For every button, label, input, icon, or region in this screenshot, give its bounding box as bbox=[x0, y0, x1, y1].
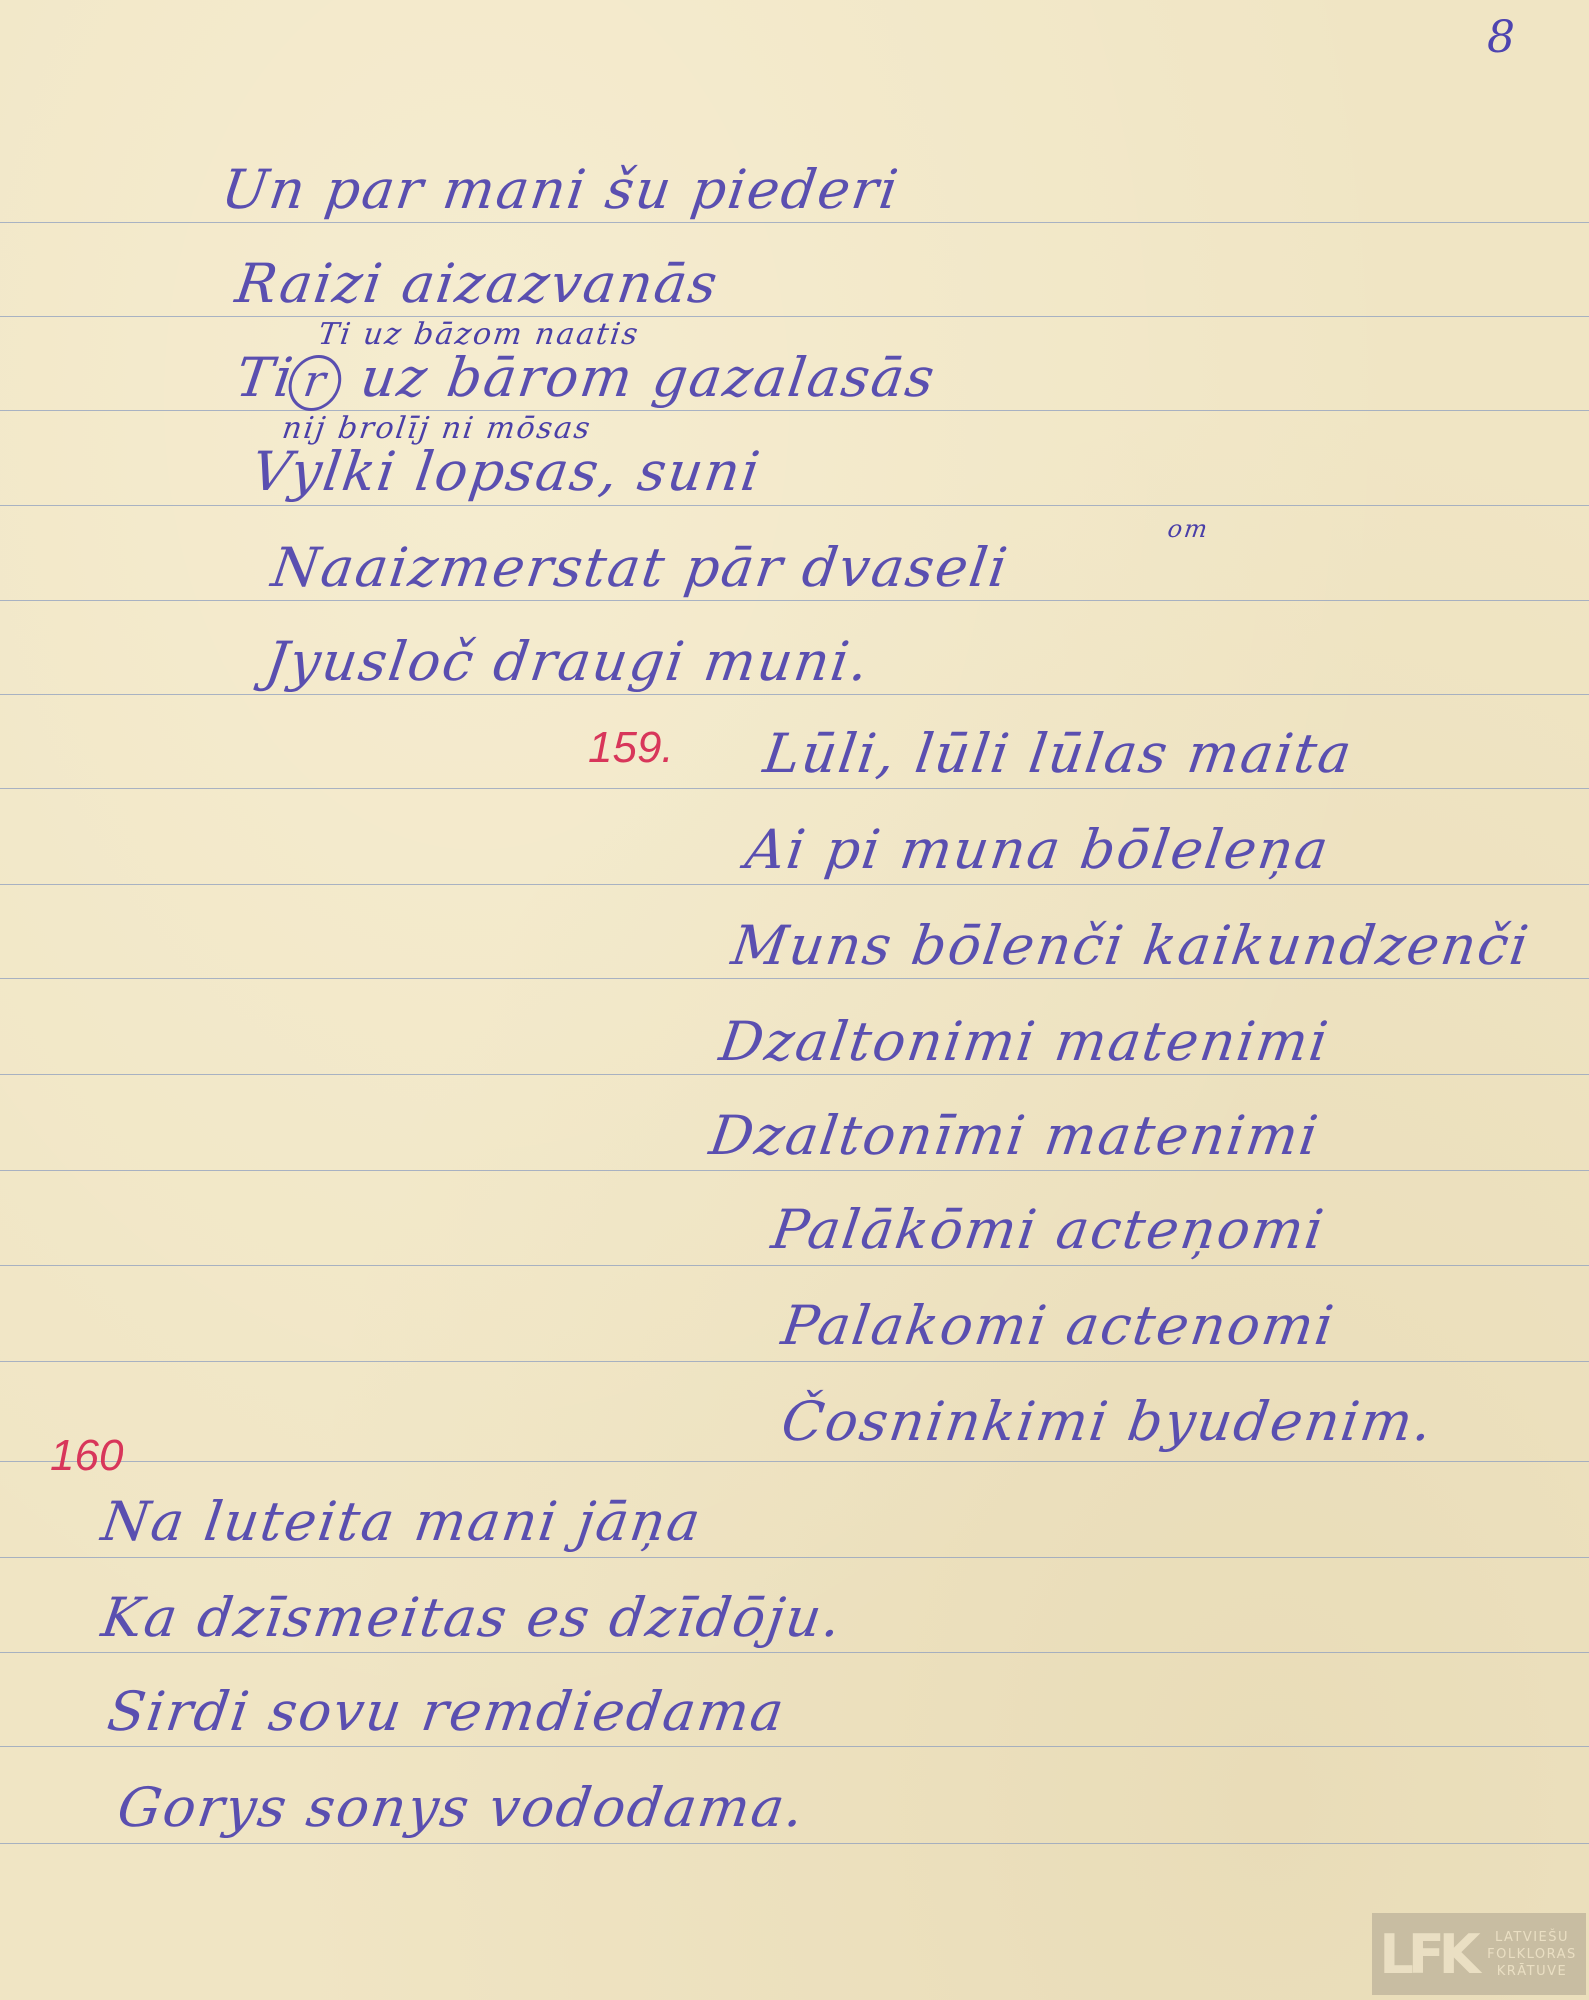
superscript-annotation: om bbox=[1166, 516, 1211, 542]
song-159-line: Lūli, lūli lūlas maita bbox=[760, 724, 1357, 784]
song-159-line: Muns bōlenči kaikundzenči bbox=[728, 916, 1534, 976]
song-160-line: Sirdi sovu remdiedama bbox=[104, 1682, 789, 1742]
song-159-line: Ai pi muna bōleleņa bbox=[742, 820, 1333, 880]
song-160-line: Na luteita mani jāņa bbox=[98, 1492, 706, 1552]
logo-text: LATVIEŠU FOLKLORAS KRĀTUVE bbox=[1482, 1929, 1582, 1980]
page-number: 8 bbox=[1487, 14, 1515, 62]
ruled-line bbox=[0, 600, 1589, 601]
ruled-line bbox=[0, 222, 1589, 223]
ruled-line bbox=[0, 978, 1589, 979]
song-160-line: Gorys sonys vododama. bbox=[114, 1778, 809, 1838]
stanza-line: Raizi aizazvanās bbox=[232, 254, 723, 314]
ruled-line bbox=[0, 1461, 1589, 1462]
song-159-line: Čosninkimi byudenim. bbox=[778, 1392, 1437, 1452]
stanza-line: Un par mani šu piederi bbox=[218, 160, 903, 220]
stanza-line: Naaizmerstat pār dvaseli bbox=[268, 538, 1012, 598]
song-160-line: Ka dzīsmeitas es dzīdōju. bbox=[98, 1588, 846, 1648]
ruled-line bbox=[0, 505, 1589, 506]
ruled-line bbox=[0, 1074, 1589, 1075]
logo-text-line: FOLKLORAS bbox=[1482, 1946, 1582, 1963]
ruled-line bbox=[0, 1652, 1589, 1653]
song-159-line: Palakomi actenomi bbox=[778, 1296, 1339, 1356]
ruled-line bbox=[0, 1265, 1589, 1266]
ruled-line bbox=[0, 788, 1589, 789]
song-159-line: Palākōmi acteņomi bbox=[768, 1200, 1329, 1260]
ruled-line bbox=[0, 694, 1589, 695]
stanza-line: Vylki lopsas, suni bbox=[248, 442, 765, 502]
stanza-line: Jyusloč draugi muni. bbox=[262, 632, 874, 692]
line-prefix: Ti bbox=[232, 346, 298, 409]
logo-text-line: KRĀTUVE bbox=[1482, 1963, 1582, 1980]
logo-text-line: LATVIEŠU bbox=[1482, 1929, 1582, 1946]
song-159-line: Dzaltonīmi matenimi bbox=[706, 1106, 1323, 1166]
line-text: uz bārom gazalasās bbox=[357, 346, 940, 409]
ruled-line bbox=[0, 884, 1589, 885]
manuscript-page: 8 Un par mani šu piederi Raizi aizazvanā… bbox=[0, 0, 1589, 2000]
song-number-160: 160 bbox=[50, 1432, 123, 1480]
ruled-line bbox=[0, 1557, 1589, 1558]
archive-logo: LFK LATVIEŠU FOLKLORAS KRĀTUVE bbox=[1372, 1913, 1586, 1995]
ruled-line bbox=[0, 1746, 1589, 1747]
song-number-159: 159. bbox=[588, 724, 674, 772]
stanza-line-corrected: Tir uz bārom gazalasās bbox=[232, 348, 940, 411]
ruled-line bbox=[0, 1843, 1589, 1844]
ruled-line bbox=[0, 1170, 1589, 1171]
song-159-line: Dzaltonimi matenimi bbox=[716, 1012, 1333, 1072]
ruled-line bbox=[0, 1361, 1589, 1362]
lfk-logo-mark-icon: LFK bbox=[1372, 1923, 1482, 1986]
ruled-line bbox=[0, 316, 1589, 317]
